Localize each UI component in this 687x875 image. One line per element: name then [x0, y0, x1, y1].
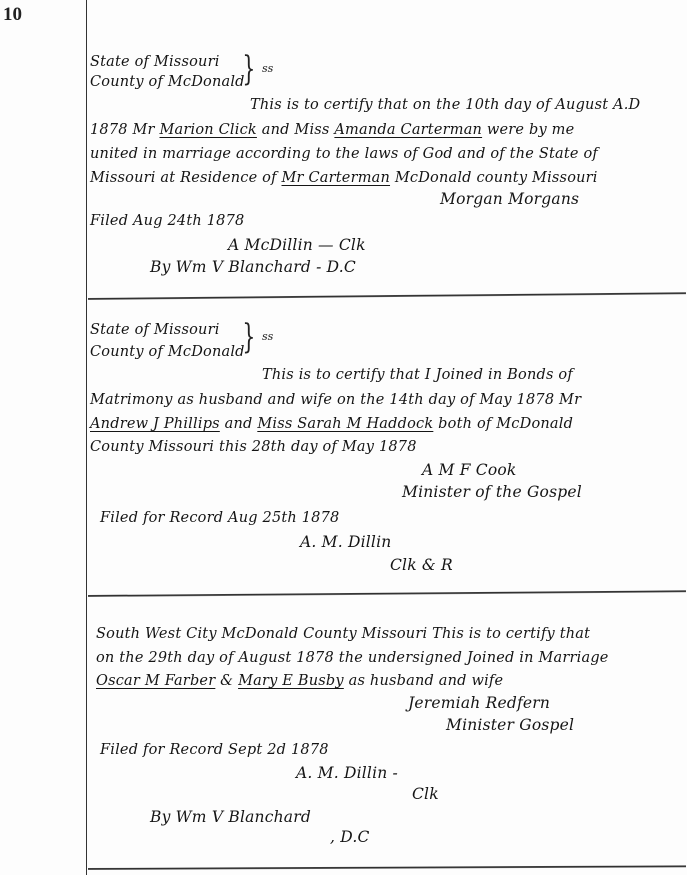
clerk-signature: A. M. Dillin	[300, 533, 391, 551]
deputy-signature: By Wm V Blanchard	[150, 808, 311, 826]
officiant-signature: Jeremiah Redfern	[408, 694, 550, 712]
bride-name: Miss Sarah M Haddock	[257, 416, 433, 432]
entry-line-2: 1878 Mr Marion Click and Miss Amanda Car…	[90, 122, 574, 138]
filed-date: Filed Aug 24th 1878	[90, 213, 244, 229]
residence-of: Mr Carterman	[282, 170, 391, 186]
entry-line-4: County Missouri this 28th day of May 187…	[90, 439, 417, 455]
entry-divider	[88, 865, 686, 870]
venue-ss: ss	[262, 62, 273, 75]
entry-line-3: Oscar M Farber & Mary E Busby as husband…	[96, 673, 503, 689]
groom-name: Marion Click	[160, 122, 257, 138]
officiant-title: Minister Gospel	[446, 716, 574, 734]
groom-name: Andrew J Phillips	[90, 416, 220, 432]
clerk-title: Clk & R	[390, 556, 453, 574]
officiant-title: Minister of the Gospel	[402, 483, 582, 501]
page-number: 10	[3, 4, 22, 26]
venue-brace: }	[242, 52, 255, 86]
bride-name: Mary E Busby	[238, 673, 344, 689]
clerk-title: Clk	[412, 785, 439, 803]
entry-line-1: This is to certify that I Joined in Bond…	[262, 367, 573, 383]
venue-brace: }	[242, 320, 255, 354]
entry-divider	[88, 292, 686, 300]
venue-ss: ss	[262, 330, 273, 343]
entry-line-4: Missouri at Residence of Mr Carterman Mc…	[90, 170, 598, 186]
venue-state: State of Missouri	[90, 322, 220, 338]
venue-state: State of Missouri	[90, 54, 220, 70]
entry-line-2: on the 29th day of August 1878 the under…	[96, 650, 609, 666]
entry-line-1: South West City McDonald County Missouri…	[96, 626, 590, 642]
venue-county: County of McDonald	[90, 74, 245, 90]
clerk-signature: A. M. Dillin -	[296, 764, 398, 782]
left-margin-rule	[86, 0, 87, 875]
deputy-signature: By Wm V Blanchard - D.C	[150, 258, 356, 276]
filed-date: Filed for Record Aug 25th 1878	[100, 510, 339, 526]
entry-line-3: Andrew J Phillips and Miss Sarah M Haddo…	[90, 416, 573, 432]
entry-line-2: Matrimony as husband and wife on the 14t…	[90, 392, 581, 408]
entry-line-1: This is to certify that on the 10th day …	[250, 97, 640, 113]
groom-name: Oscar M Farber	[96, 673, 215, 689]
venue-county: County of McDonald	[90, 344, 245, 360]
entry-divider	[88, 590, 686, 597]
officiant-signature: Morgan Morgans	[440, 190, 579, 208]
bride-name: Amanda Carterman	[334, 122, 482, 138]
filed-date: Filed for Record Sept 2d 1878	[100, 742, 329, 758]
officiant-signature: A M F Cook	[422, 461, 517, 479]
ledger-page: 10 State of Missouri County of McDonald …	[0, 0, 687, 875]
entry-line-3: united in marriage according to the laws…	[90, 146, 598, 162]
clerk-signature: A McDillin — Clk	[228, 236, 366, 254]
deputy-title: , D.C	[330, 828, 370, 846]
